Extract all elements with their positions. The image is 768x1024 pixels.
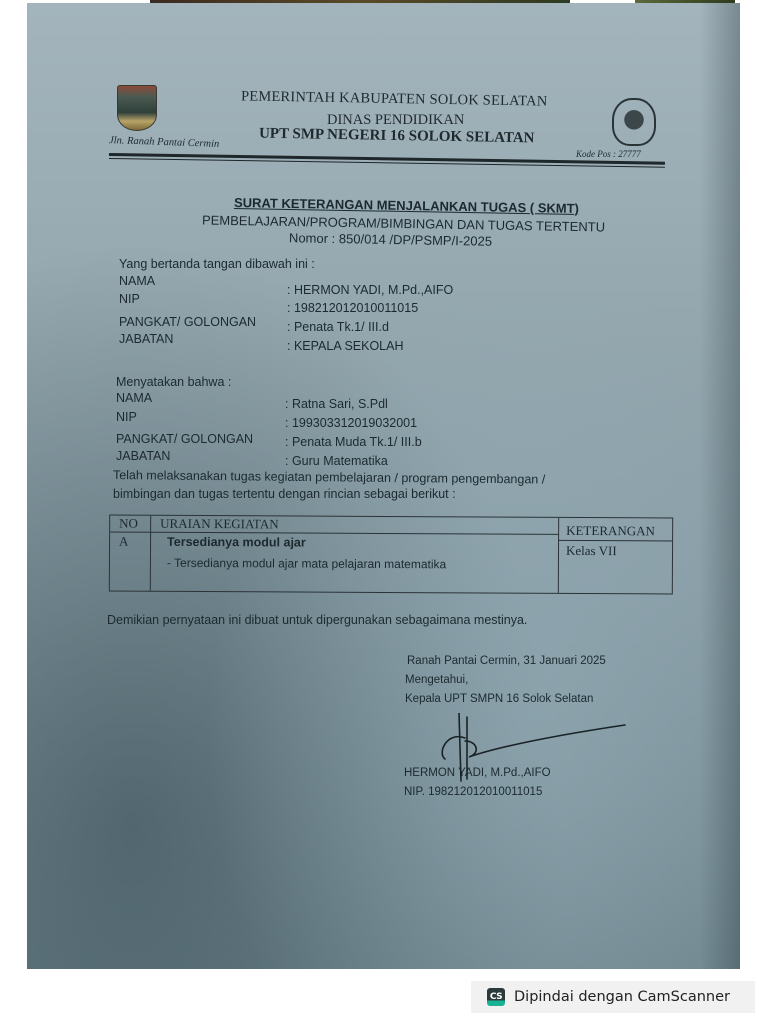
table-header-remarks: KETERANGAN — [566, 523, 655, 539]
document-title: SURAT KETERANGAN MENJALANKAN TUGAS ( SKM… — [234, 195, 579, 216]
signer-nip-label: NIP — [119, 292, 140, 306]
row-heading: Tersedianya modul ajar — [167, 535, 306, 550]
row-remarks: Kelas VII — [566, 543, 617, 559]
statement-line-1: Telah melaksanakan tugas kegiatan pembel… — [113, 468, 545, 487]
letterhead-address: Jln. Ranah Pantai Cermin — [109, 135, 220, 150]
signer-printed-nip: NIP. 198212012010011015 — [404, 786, 542, 798]
document-number: Nomor : 850/014 /DP/PSMP/I-2025 — [289, 230, 492, 249]
camscanner-text: Dipindai dengan CamScanner — [514, 989, 730, 1005]
letterhead-government: PEMERINTAH KABUPATEN SOLOK SELATAN — [241, 88, 548, 110]
subject-nip-label: NIP — [116, 410, 137, 424]
camscanner-watermark: CS Dipindai dengan CamScanner — [471, 981, 755, 1013]
letterhead-school: UPT SMP NEGERI 16 SOLOK SELATAN — [259, 126, 535, 148]
subject-name-label: NAMA — [116, 391, 152, 405]
place-date: Ranah Pantai Cermin, 31 Januari 2025 — [407, 655, 606, 667]
acknowledged-label: Mengetahui, — [405, 674, 468, 686]
signer-title: Kepala UPT SMPN 16 Solok Selatan — [405, 693, 593, 705]
signer-rank-value: : Penata Tk.1/ III.d — [287, 320, 389, 334]
subject-name-value: : Ratna Sari, S.Pdl — [285, 397, 388, 411]
table-header-no: NO — [119, 516, 138, 532]
page-shadow — [700, 3, 740, 969]
table-header-divider — [558, 540, 672, 542]
document-page: PEMERINTAH KABUPATEN SOLOK SELATAN DINAS… — [27, 3, 740, 969]
subject-rank-label: PANGKAT/ GOLONGAN — [116, 432, 253, 446]
row-no: A — [119, 534, 128, 550]
signer-nip-value: : 198212012010011015 — [287, 301, 418, 315]
camscanner-icon: CS — [487, 988, 505, 1006]
table-col-divider — [150, 516, 151, 591]
subject-position-label: JABATAN — [116, 449, 170, 463]
tut-wuri-handayani-emblem-icon — [612, 98, 656, 146]
signer-name-label: NAMA — [119, 274, 155, 288]
signer-position-value: : KEPALA SEKOLAH — [287, 339, 404, 353]
signer-rank-label: PANGKAT/ GOLONGAN — [119, 315, 256, 329]
activity-table: NO URAIAN KEGIATAN KETERANGAN A Tersedia… — [109, 515, 673, 595]
closing-statement: Demikian pernyataan ini dibuat untuk dip… — [107, 613, 527, 627]
subject-intro: Menyatakan bahwa : — [116, 375, 231, 389]
table-col-divider — [558, 518, 559, 593]
statement-line-2: bimbingan dan tugas tertentu dengan rinc… — [113, 487, 456, 501]
signer-printed-name: HERMON YADI, M.Pd.,AIFO — [404, 767, 551, 779]
regency-emblem-icon — [117, 85, 157, 131]
subject-nip-value: : 199303312019032001 — [285, 416, 417, 430]
signer-name-value: : HERMON YADI, M.Pd.,AIFO — [287, 283, 453, 297]
row-item: - Tersedianya modul ajar mata pelajaran … — [167, 556, 446, 571]
table-header-description: URAIAN KEGIATAN — [160, 516, 279, 533]
letterhead-postal-code: Kode Pos : 27777 — [576, 149, 641, 159]
subject-position-value: : Guru Matematika — [285, 454, 388, 468]
subject-rank-value: : Penata Muda Tk.1/ III.b — [285, 435, 422, 449]
document-subtitle: PEMBELAJARAN/PROGRAM/BIMBINGAN DAN TUGAS… — [202, 212, 605, 234]
signer-position-label: JABATAN — [119, 332, 173, 346]
signer-intro: Yang bertanda tangan dibawah ini : — [119, 257, 315, 271]
